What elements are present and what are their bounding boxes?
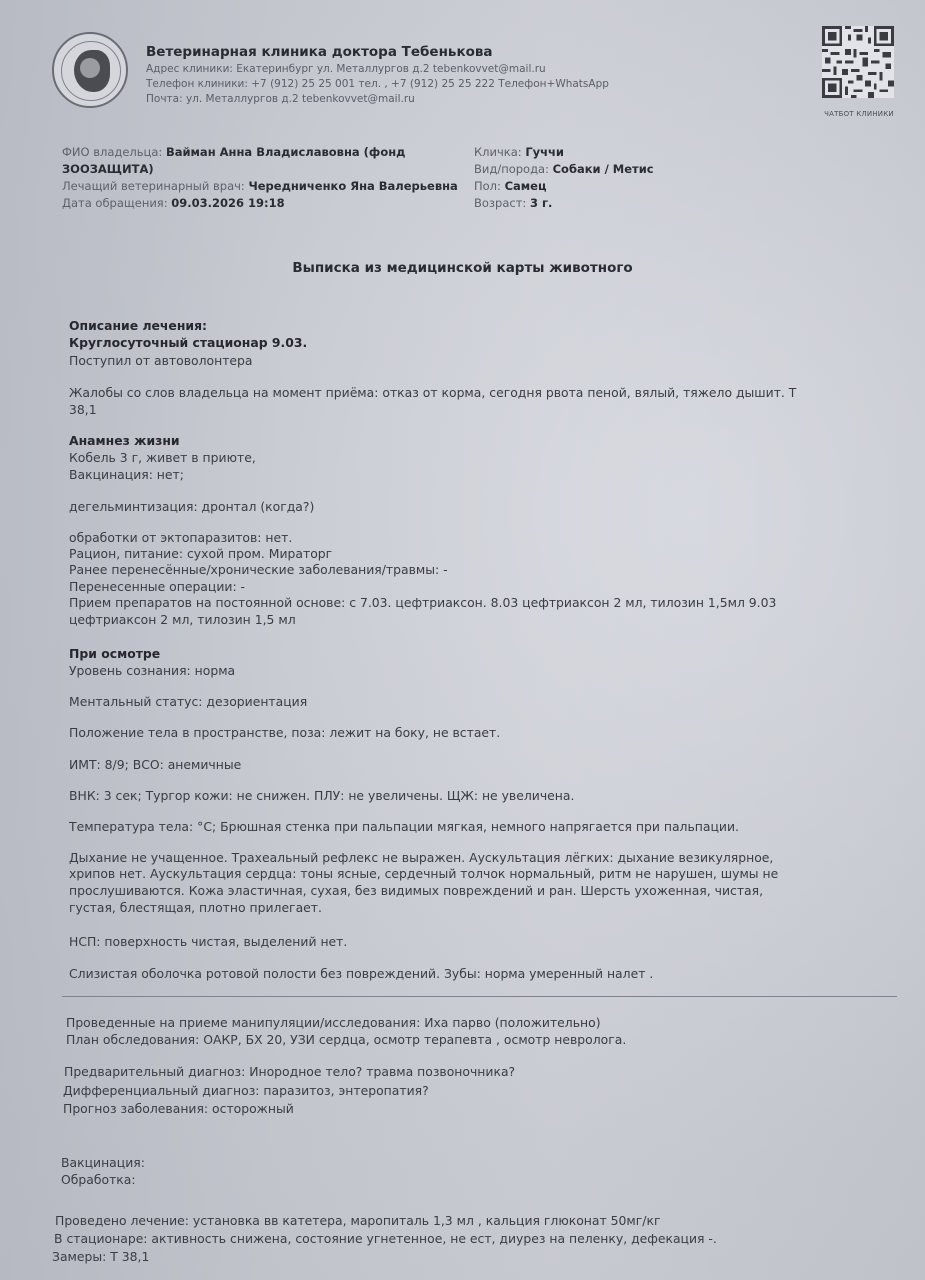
date-row: Дата обращения: 09.03.2026 19:18: [62, 195, 462, 212]
clinic-phones: Телефон клиники: +7 (912) 25 25 001 тел.…: [146, 77, 609, 92]
inpatient-status: В стационаре: активность снижена, состоя…: [54, 1231, 854, 1247]
exam-mental: Ментальный статус: дезориентация: [69, 694, 307, 710]
pet-name-value: Гуччи: [525, 145, 564, 159]
owner-row: ФИО владельца: Вайман Анна Владиславовна…: [62, 144, 462, 178]
treatment-subheading: Круглосуточный стационар 9.03.: [69, 335, 307, 351]
extra-vaccination: Вакцинация:: [61, 1155, 145, 1171]
sex-value: Самец: [505, 179, 547, 193]
exam-temperature: Температура тела: °С; Брюшная стенка при…: [69, 819, 869, 835]
anamnesis-line: Ранее перенесённые/хронические заболеван…: [69, 562, 448, 578]
diagnosis-differential: Дифференциальный диагноз: паразитоз, энт…: [63, 1083, 429, 1099]
inpatient-measurements: Замеры: Т 38,1: [52, 1249, 149, 1265]
inpatient-performed: Проведено лечение: установка вв катетера…: [55, 1213, 855, 1229]
anamnesis-line: дегельминтизация: дронтал (когда?): [69, 499, 314, 515]
exam-crt: ВНК: 3 сек; Тургор кожи: не снижен. ПЛУ:…: [69, 788, 574, 804]
procedures-performed: Проведенные на приеме манипуляции/исслед…: [66, 1015, 601, 1031]
document-title: Выписка из медицинской карты животного: [0, 260, 925, 276]
clinic-header: Ветеринарная клиника доктора Тебенькова …: [52, 30, 912, 130]
exam-mucosa: Слизистая оболочка ротовой полости без п…: [69, 966, 653, 982]
complaints-line2: 38,1: [69, 402, 97, 418]
pet-info: Кличка: Гуччи Вид/порода: Собаки / Метис…: [474, 144, 734, 212]
exam-bcs: ИМТ: 8/9; ВСО: анемичные: [69, 757, 241, 773]
doctor-value: Чередниченко Яна Валерьевна: [248, 179, 457, 193]
clinic-address: Адрес клиники: Екатеринбург ул. Металлур…: [146, 62, 609, 77]
anamnesis-line: обработки от эктопаразитов: нет.: [69, 530, 292, 546]
exam-breathing-line: прослушиваются. Кожа эластичная, сухая, …: [69, 883, 869, 899]
species-row: Вид/порода: Собаки / Метис: [474, 161, 734, 178]
doctor-label: Лечащий ветеринарный врач:: [62, 179, 248, 193]
exam-breathing-line: густая, блестящая, плотно прилегает.: [69, 900, 322, 916]
procedures-plan: План обследования: ОАКР, БХ 20, УЗИ серд…: [66, 1032, 626, 1048]
diagnosis-prognosis: Прогноз заболевания: осторожный: [63, 1101, 294, 1117]
diagnosis-preliminary: Предварительный диагноз: Инородное тело?…: [64, 1064, 515, 1080]
document-page: Ветеринарная клиника доктора Тебенькова …: [0, 0, 925, 1280]
anamnesis-line: Вакцинация: нет;: [69, 467, 184, 483]
qr-caption: ЧАТБОТ КЛИНИКИ: [816, 110, 902, 118]
exam-breathing-line: хрипов нет. Аускультация сердца: тоны яс…: [69, 866, 869, 882]
species-value: Собаки / Метис: [553, 162, 654, 176]
owner-info: ФИО владельца: Вайман Анна Владиславовна…: [62, 144, 462, 212]
qr-code-icon: [822, 26, 894, 98]
anamnesis-line: Кобель 3 г, живет в приюте,: [69, 450, 256, 466]
clinic-name: Ветеринарная клиника доктора Тебенькова: [146, 44, 609, 60]
examination-heading: При осмотре: [69, 646, 160, 662]
section-divider: [62, 996, 897, 997]
age-label: Возраст:: [474, 196, 530, 210]
age-row: Возраст: 3 г.: [474, 195, 734, 212]
clinic-details: Ветеринарная клиника доктора Тебенькова …: [146, 44, 609, 107]
species-label: Вид/порода:: [474, 162, 553, 176]
exam-posture: Положение тела в пространстве, поза: леж…: [69, 725, 500, 741]
anamnesis-line: Перенесенные операции: -: [69, 579, 245, 595]
owner-label: ФИО владельца:: [62, 145, 166, 159]
date-value: 09.03.2026 19:18: [171, 196, 284, 210]
treatment-admitted: Поступил от автоволонтера: [69, 353, 253, 369]
exam-breathing-line: Дыхание не учащенное. Трахеальный рефлек…: [69, 850, 869, 866]
sex-row: Пол: Самец: [474, 178, 734, 195]
complaints-line1: Жалобы со слов владельца на момент приём…: [69, 385, 869, 401]
anamnesis-line: Прием препаратов на постоянной основе: с…: [69, 595, 869, 611]
pet-name-label: Кличка:: [474, 145, 525, 159]
treatment-heading: Описание лечения:: [69, 318, 207, 334]
date-label: Дата обращения:: [62, 196, 171, 210]
age-value: 3 г.: [530, 196, 552, 210]
anamnesis-heading: Анамнез жизни: [69, 433, 180, 449]
clinic-mail: Почта: ул. Металлургов д.2 tebenkovvet@m…: [146, 92, 609, 107]
pet-name-row: Кличка: Гуччи: [474, 144, 734, 161]
doctor-row: Лечащий ветеринарный врач: Чередниченко …: [62, 178, 462, 195]
sex-label: Пол:: [474, 179, 505, 193]
extra-treatment: Обработка:: [61, 1172, 136, 1188]
exam-consciousness: Уровень сознания: норма: [69, 663, 235, 679]
anamnesis-line: цефтриаксон 2 мл, тилозин 1,5 мл: [69, 612, 296, 628]
exam-nsp: НСП: поверхность чистая, выделений нет.: [69, 934, 347, 950]
anamnesis-line: Рацион, питание: сухой пром. Мираторг: [69, 546, 332, 562]
clinic-logo-icon: [52, 32, 128, 108]
